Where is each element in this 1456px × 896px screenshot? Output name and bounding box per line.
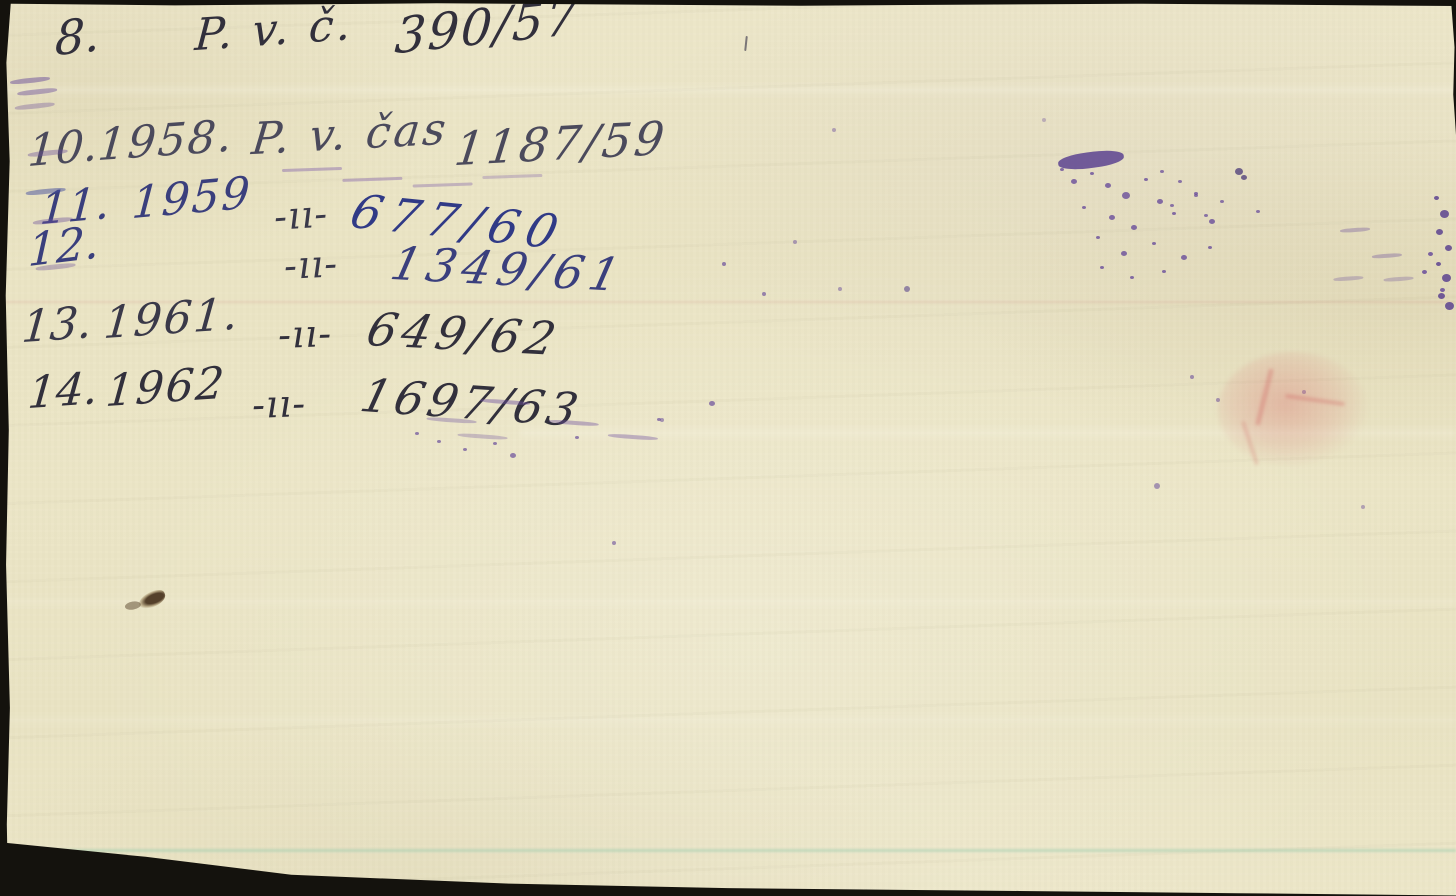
entry-index: 12. xyxy=(27,219,100,273)
entry-year: 1959 xyxy=(130,171,253,226)
entry-ref: P. v. čas xyxy=(250,108,451,163)
entry-ditto-mark: -ıı- xyxy=(283,244,339,285)
entry-index: 10. xyxy=(26,124,99,175)
entry-index: 13. xyxy=(20,301,94,350)
entry-ditto-mark: -ıı- xyxy=(277,314,332,354)
entry-number: 1187/59 xyxy=(452,115,670,172)
entry-ditto-mark: -ıı- xyxy=(273,194,330,236)
heading-index: 8. xyxy=(54,11,100,63)
entry-year: 1962 xyxy=(104,361,228,414)
heading-label: P. v. č. xyxy=(193,3,355,58)
entry-year: 1961. xyxy=(102,292,242,346)
red-stain xyxy=(1218,352,1368,467)
entry-number: 1697/63 xyxy=(356,372,586,433)
entry-year: 1958. xyxy=(96,114,236,168)
entry-number: 649/62 xyxy=(363,306,565,362)
entry-index: 14. xyxy=(26,367,100,416)
entry-ditto-mark: -ıı- xyxy=(251,384,306,424)
scanned-index-card: 8. P. v. č. 390/57 10. 1958. P. v. čas 1… xyxy=(0,0,1456,896)
entry-number: 1349/61 xyxy=(387,240,630,298)
